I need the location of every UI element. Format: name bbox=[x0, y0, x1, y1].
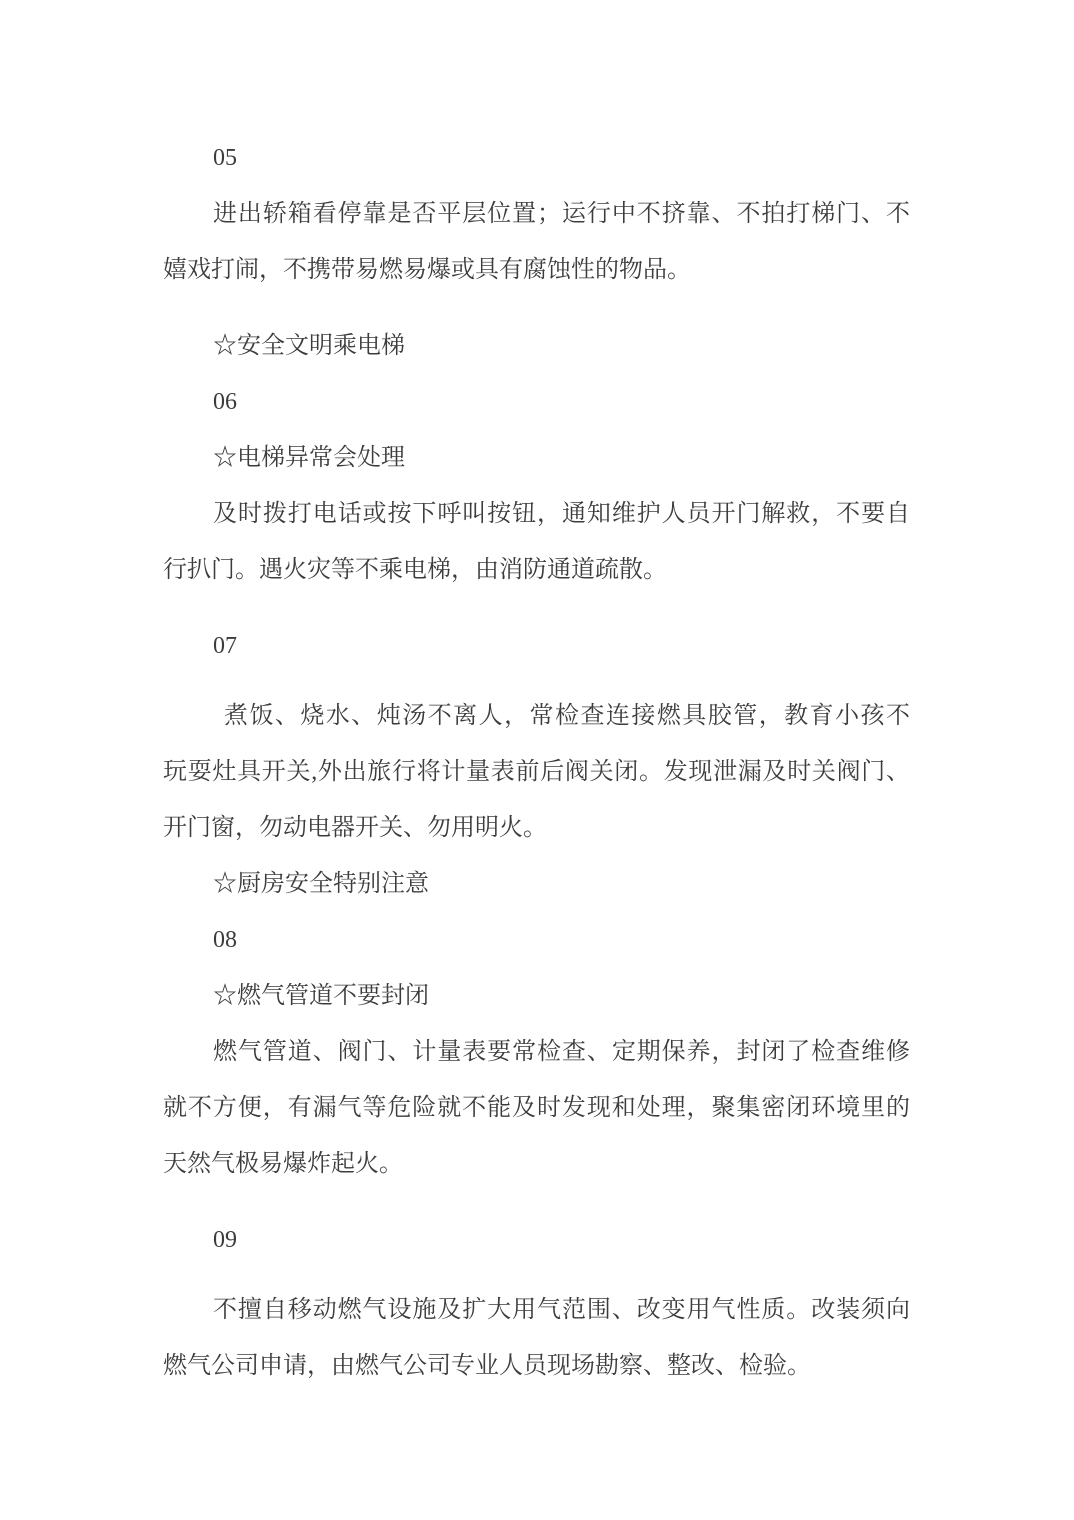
para-05-line-1: 进出轿箱看停靠是否平层位置；运行中不挤靠、不拍打梯门、不 bbox=[163, 186, 910, 242]
para-07-line-3: 开门窗，勿动电器开关、勿用明火。 bbox=[163, 800, 910, 856]
star-heading-gas-pipeline-not-sealed: ☆燃气管道不要封闭 bbox=[163, 968, 910, 1024]
para-09-line-2: 燃气公司申请，由燃气公司专业人员现场勘察、整改、检验。 bbox=[163, 1338, 910, 1394]
star-heading-kitchen-safety-notice: ☆厨房安全特别注意 bbox=[163, 856, 910, 912]
section-number-05: 05 bbox=[163, 130, 910, 186]
para-09-line-1: 不擅自移动燃气设施及扩大用气范围、改变用气性质。改装须向 bbox=[163, 1282, 910, 1338]
para-05-line-2: 嬉戏打闹，不携带易燃易爆或具有腐蚀性的物品。 bbox=[163, 242, 910, 298]
section-number-07: 07 bbox=[163, 618, 910, 674]
section-number-06: 06 bbox=[163, 374, 910, 430]
para-06-line-2: 行扒门。遇火灾等不乘电梯，由消防通道疏散。 bbox=[163, 542, 910, 598]
section-number-08: 08 bbox=[163, 912, 910, 968]
para-08-line-1: 燃气管道、阀门、计量表要常检查、定期保养，封闭了检查维修 bbox=[163, 1024, 910, 1080]
para-07-line-1: 煮饭、烧水、炖汤不离人，常检查连接燃具胶管，教育小孩不 bbox=[163, 688, 910, 744]
para-07-line-2: 玩耍灶具开关,外出旅行将计量表前后阀关闭。发现泄漏及时关阀门、 bbox=[163, 744, 910, 800]
star-heading-elevator-abnormality-handling: ☆电梯异常会处理 bbox=[163, 430, 910, 486]
document-page: 05 进出轿箱看停靠是否平层位置；运行中不挤靠、不拍打梯门、不 嬉戏打闹，不携带… bbox=[0, 0, 1074, 1520]
para-08-line-2: 就不方便，有漏气等危险就不能及时发现和处理，聚集密闭环境里的 bbox=[163, 1080, 910, 1136]
star-heading-civilized-elevator-ride: ☆安全文明乘电梯 bbox=[163, 318, 910, 374]
section-number-09: 09 bbox=[163, 1212, 910, 1268]
para-06-line-1: 及时拨打电话或按下呼叫按钮，通知维护人员开门解救，不要自 bbox=[163, 486, 910, 542]
para-08-line-3: 天然气极易爆炸起火。 bbox=[163, 1136, 910, 1192]
